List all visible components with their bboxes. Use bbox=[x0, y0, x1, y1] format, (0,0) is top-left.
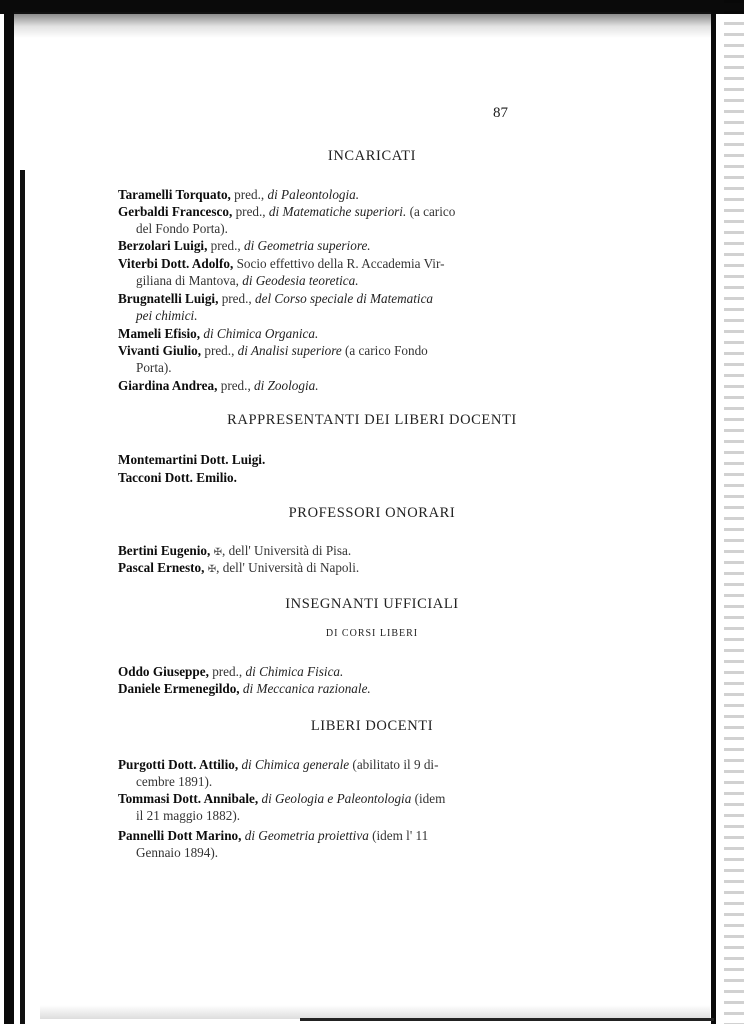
subject: di Geodesia teoretica. bbox=[242, 273, 358, 288]
person-name: Tacconi Dott. Emilio. bbox=[118, 470, 237, 485]
entry-gerbaldi: Gerbaldi Francesco, pred., di Matematich… bbox=[118, 203, 524, 237]
person-name: Berzolari Luigi, bbox=[118, 238, 207, 253]
continuation: giliana di Mantova, bbox=[136, 273, 239, 288]
entry-berzolari: Berzolari Luigi, pred., di Geometria sup… bbox=[118, 237, 524, 254]
person-role: pred., bbox=[236, 204, 266, 219]
entry-purgotti: Purgotti Dott. Attilio, di Chimica gener… bbox=[118, 756, 524, 790]
subject: di Chimica Fisica. bbox=[246, 664, 344, 679]
person-name: Brugnatelli Luigi, bbox=[118, 291, 218, 306]
person-name: Oddo Giuseppe, bbox=[118, 664, 209, 679]
person-role: pred., bbox=[211, 238, 241, 253]
section-heading-liberi-docenti: LIBERI DOCENTI bbox=[0, 718, 744, 735]
note: (abilitato il 9 di- bbox=[352, 757, 438, 772]
person-name: Gerbaldi Francesco, bbox=[118, 204, 232, 219]
subject: di Paleontologia. bbox=[267, 187, 359, 202]
entry-viterbi: Viterbi Dott. Adolfo, Socio effettivo de… bbox=[118, 255, 524, 289]
note: (a carico bbox=[410, 204, 456, 219]
person-name: Viterbi Dott. Adolfo, bbox=[118, 256, 233, 271]
person-name: Montemartini Dott. Luigi. bbox=[118, 452, 265, 467]
person-name: Daniele Ermenegildo, bbox=[118, 681, 240, 696]
continuation: del Fondo Porta). bbox=[118, 220, 524, 237]
person-name: Giardina Andrea, bbox=[118, 378, 217, 393]
person-name: Vivanti Giulio, bbox=[118, 343, 201, 358]
person-name: Tommasi Dott. Annibale, bbox=[118, 791, 258, 806]
entry-pascal: Pascal Ernesto, ✠, dell' Università di N… bbox=[118, 559, 524, 578]
subject: di Geologia e Paleontologia bbox=[262, 791, 412, 806]
person-name: Taramelli Torquato, bbox=[118, 187, 231, 202]
subject: di Analisi superiore bbox=[238, 343, 342, 358]
continuation: cembre 1891). bbox=[118, 773, 524, 790]
subject: di Chimica Organica. bbox=[203, 326, 318, 341]
subject: di Meccanica razionale. bbox=[243, 681, 371, 696]
entry-brugnatelli: Brugnatelli Luigi, pred., del Corso spec… bbox=[118, 290, 524, 324]
person-role: pred., bbox=[212, 664, 242, 679]
continuation: Gennaio 1894). bbox=[118, 844, 524, 861]
section-heading-rappresentanti: RAPPRESENTANTI DEI LIBERI DOCENTI bbox=[0, 412, 744, 429]
continuation: Porta). bbox=[118, 359, 524, 376]
entry-giardina: Giardina Andrea, pred., di Zoologia. bbox=[118, 377, 524, 394]
entry-pannelli: Pannelli Dott Marino, di Geometria proie… bbox=[118, 827, 524, 861]
scan-noise-bottom bbox=[40, 1005, 710, 1019]
person-name: Pascal Ernesto, bbox=[118, 560, 204, 575]
subject: di Geometria proiettiva bbox=[245, 828, 369, 843]
subject: di Chimica generale bbox=[241, 757, 349, 772]
cross-of-order-icon: ✠ bbox=[208, 564, 216, 575]
scan-border-bottom bbox=[300, 1018, 714, 1021]
person-name: Mameli Efisio, bbox=[118, 326, 200, 341]
entry-oddo: Oddo Giuseppe, pred., di Chimica Fisica. bbox=[118, 663, 524, 680]
note: (idem bbox=[415, 791, 446, 806]
person-name: Bertini Eugenio, bbox=[118, 543, 210, 558]
entry-vivanti: Vivanti Giulio, pred., di Analisi superi… bbox=[118, 342, 524, 376]
affiliation: , dell' Università di Napoli. bbox=[216, 560, 359, 575]
subject: del Corso speciale di Matematica bbox=[255, 291, 433, 306]
cross-of-order-icon: ✠ bbox=[214, 547, 222, 558]
person-name: Purgotti Dott. Attilio, bbox=[118, 757, 238, 772]
entry-montemartini: Montemartini Dott. Luigi. bbox=[118, 451, 524, 468]
person-role: pred., bbox=[234, 187, 264, 202]
person-role: pred., bbox=[204, 343, 234, 358]
person-name: Pannelli Dott Marino, bbox=[118, 828, 241, 843]
subject: di Zoologia. bbox=[254, 378, 318, 393]
person-role: Socio effettivo della R. Accademia Vir- bbox=[237, 256, 445, 271]
entry-tommasi: Tommasi Dott. Annibale, di Geologia e Pa… bbox=[118, 790, 524, 824]
person-role: pred., bbox=[222, 291, 252, 306]
subject: di Geometria superiore. bbox=[244, 238, 371, 253]
entry-tacconi: Tacconi Dott. Emilio. bbox=[118, 469, 524, 486]
entry-mameli: Mameli Efisio, di Chimica Organica. bbox=[118, 325, 524, 342]
note: (idem l' 11 bbox=[372, 828, 428, 843]
continuation: pei chimici. bbox=[118, 307, 524, 324]
section-heading-professori-onorari: PROFESSORI ONORARI bbox=[0, 505, 744, 522]
section-heading-incaricati: INCARICATI bbox=[0, 148, 744, 165]
entry-daniele: Daniele Ermenegildo, di Meccanica razion… bbox=[118, 680, 524, 697]
subheading-corsi-liberi: DI CORSI LIBERI bbox=[0, 628, 744, 639]
person-role: pred., bbox=[221, 378, 251, 393]
affiliation: , dell' Università di Pisa. bbox=[222, 543, 351, 558]
subject: di Matematiche superiori. bbox=[269, 204, 406, 219]
entry-taramelli: Taramelli Torquato, pred., di Paleontolo… bbox=[118, 186, 524, 203]
page-number: 87 bbox=[493, 105, 508, 122]
continuation: il 21 maggio 1882). bbox=[118, 807, 524, 824]
section-heading-insegnanti-ufficiali: INSEGNANTI UFFICIALI bbox=[0, 596, 744, 613]
scan-noise-top bbox=[14, 12, 714, 38]
note: (a carico Fondo bbox=[345, 343, 428, 358]
